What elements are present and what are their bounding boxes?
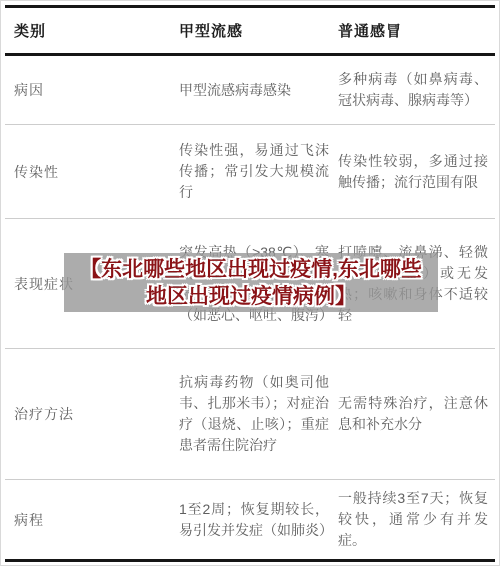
bottom-rule <box>5 559 495 562</box>
row-label-cause: 病因 <box>5 80 175 100</box>
cause-flu-cell: 甲型流感病毒感染 <box>179 80 329 101</box>
course-flu-cell: 1至2周；恢复期较长，易引发并发症（如肺炎） <box>179 499 329 541</box>
row-label-treatment: 治疗方法 <box>5 404 175 424</box>
table-row: 病因 甲型流感病毒感染 多种病毒（如鼻病毒、冠状病毒、腺病毒等） <box>5 56 495 124</box>
row-label-course: 病程 <box>5 510 175 530</box>
table-row: 治疗方法 抗病毒药物（如奥司他韦、扎那米韦）；对症治疗（退烧、止咳）；重症患者需… <box>5 349 495 479</box>
watermark-overlay: 【东北哪些地区出现过疫情,东北哪些 地区出现过疫情病例】 <box>64 253 438 312</box>
row-label-infectivity: 传染性 <box>5 162 175 182</box>
treatment-flu-cell: 抗病毒药物（如奥司他韦、扎那米韦）；对症治疗（退烧、止咳）；重症患者需住院治疗 <box>179 372 329 456</box>
watermark-text-line2: 地区出现过疫情病例】 <box>146 283 356 310</box>
header-influenza-a: 甲型流感 <box>175 20 334 41</box>
infectivity-flu-cell: 传染性强，易通过飞沫传播；常引发大规模流行 <box>179 140 329 203</box>
treatment-cold-cell: 无需特殊治疗，注意休息和补充水分 <box>338 393 488 435</box>
table-row: 传染性 传染性强，易通过飞沫传播；常引发大规模流行 传染性较弱，多通过接触传播；… <box>5 125 495 218</box>
comparison-table-page: 类别 甲型流感 普通感冒 病因 甲型流感病毒感染 多种病毒（如鼻病毒、冠状病毒、… <box>0 0 500 566</box>
cause-cold-cell: 多种病毒（如鼻病毒、冠状病毒、腺病毒等） <box>338 69 488 111</box>
table-row: 病程 1至2周；恢复期较长，易引发并发症（如肺炎） 一般持续3至7天；恢复较快，… <box>5 480 495 559</box>
course-cold-cell: 一般持续3至7天；恢复较快，通常少有并发症。 <box>338 488 488 551</box>
table-header-row: 类别 甲型流感 普通感冒 <box>5 8 495 53</box>
infectivity-cold-cell: 传染性较弱，多通过接触传播；流行范围有限 <box>338 151 488 193</box>
header-category: 类别 <box>5 20 175 41</box>
header-common-cold: 普通感冒 <box>334 20 495 41</box>
watermark-text-line1: 【东北哪些地区出现过疫情,东北哪些 <box>80 256 422 283</box>
